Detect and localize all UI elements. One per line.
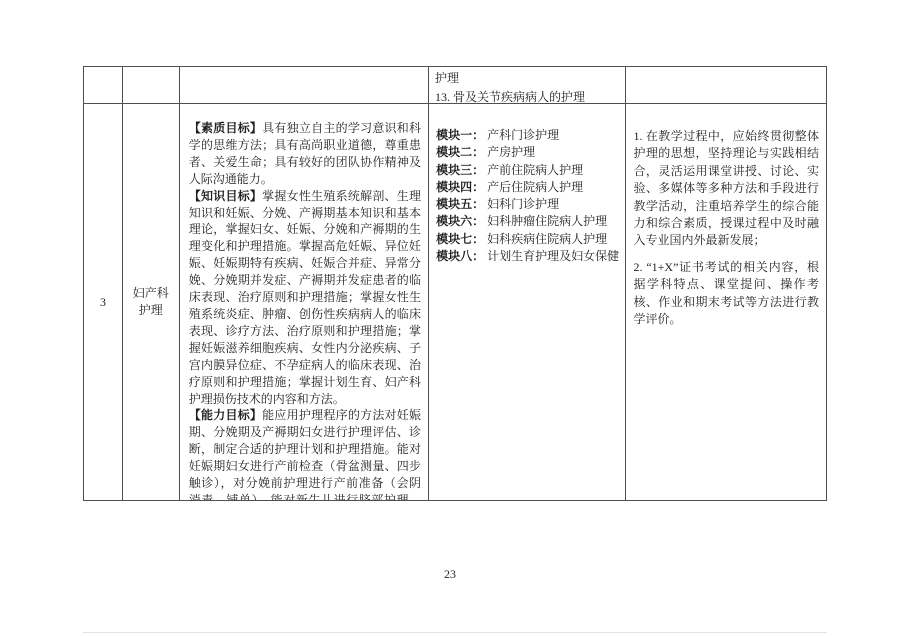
cell-objectives-empty [180,67,429,103]
note-paragraph: 1. 在教学过程中，应始终贯彻整体护理的思想，坚持理论与实践相结合，灵活运用课堂… [634,128,819,250]
cell-modules-continuation: 护理13. 骨及关节疾病病人的护理 [429,67,625,103]
cell-seq: 3 [84,104,123,500]
cell-modules: 模块一：产科门诊护理模块二：产房护理模块三：产前住院病人护理模块四：产后住院病人… [429,104,625,500]
module-line: 模块三：产前住院病人护理 [436,162,620,179]
cell-objectives: 【素质目标】具有独立自主的学习意识和科学的思维方法；具有高尚职业道德，尊重患者、… [180,104,429,500]
objective-label: 【能力目标】 [189,408,262,422]
module-label: 模块二： [436,145,484,159]
course-seq: 3 [100,295,106,310]
module-line: 模块五：妇科门诊护理 [436,196,620,213]
cell-course-name: 妇产科护理 [123,104,180,500]
module-label: 模块六： [436,214,484,228]
continuation-line: 13. 骨及关节疾病病人的护理 [435,88,620,103]
module-label: 模块一： [436,128,484,142]
objective-paragraph: 【素质目标】具有独立自主的学习意识和科学的思维方法；具有高尚职业道德，尊重患者、… [189,120,421,188]
objective-paragraph: 【知识目标】掌握女性生殖系统解剖、生理知识和妊娠、分娩、产褥期基本知识和基本理论… [189,188,421,408]
table-row-continuation: 护理13. 骨及关节疾病病人的护理 [84,67,826,104]
table-row-course: 3 妇产科护理 【素质目标】具有独立自主的学习意识和科学的思维方法；具有高尚职业… [84,104,826,500]
module-label: 模块三： [436,163,484,177]
module-line: 模块七：妇科疾病住院病人护理 [436,231,620,248]
page-number: 23 [0,567,900,582]
document-page: 护理13. 骨及关节疾病病人的护理 3 妇产科护理 【素质目标】具有独立自主的学… [0,0,900,636]
curriculum-table: 护理13. 骨及关节疾病病人的护理 3 妇产科护理 【素质目标】具有独立自主的学… [83,66,827,501]
module-line: 模块一：产科门诊护理 [436,127,620,144]
cell-notes: 1. 在教学过程中，应始终贯彻整体护理的思想，坚持理论与实践相结合，灵活运用课堂… [626,104,826,500]
objective-label: 【知识目标】 [189,189,262,203]
module-line: 模块八：计划生育护理及妇女保健 [436,248,620,265]
module-label: 模块五： [436,197,484,211]
continuation-line: 护理 [435,69,620,88]
module-label: 模块七： [436,232,484,246]
course-name: 妇产科护理 [130,285,172,319]
objective-label: 【素质目标】 [189,121,262,135]
cell-course-empty [123,67,180,103]
module-line: 模块六：妇科肿瘤住院病人护理 [436,213,620,230]
module-label: 模块四： [436,180,484,194]
cell-seq-empty [84,67,123,103]
cell-notes-empty [626,67,826,103]
note-paragraph: 2. “1+X”证书考试的相关内容，根据学科特点、课堂提问、操作考核、作业和期末… [634,259,819,329]
module-line: 模块二：产房护理 [436,144,620,161]
objective-paragraph: 【能力目标】能应用护理程序的方法对妊娠期、分娩期及产褥期妇女进行护理评估、诊断，… [189,407,421,500]
next-page-edge [83,632,827,633]
module-label: 模块八： [436,249,484,263]
module-line: 模块四：产后住院病人护理 [436,179,620,196]
